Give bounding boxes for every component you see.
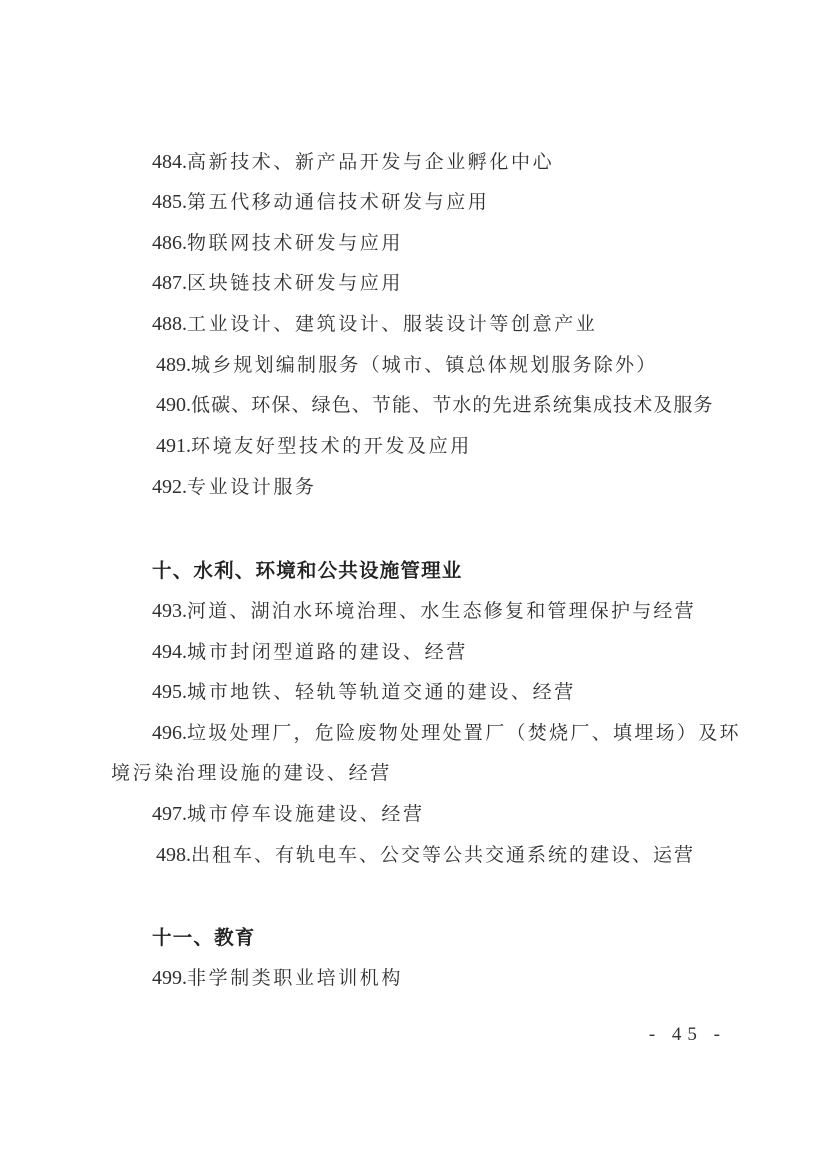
list-item-494: 494.城市封闭型道路的建设、经营 (152, 640, 468, 664)
item-number: 492. (152, 476, 187, 498)
item-text: 区块链技术研发与应用 (187, 272, 403, 294)
item-number: 489. (156, 354, 191, 376)
list-item-496-continuation: 境污染治理设施的建设、经营 (111, 761, 392, 785)
item-text: 环境友好型技术的开发及应用 (191, 435, 472, 457)
item-number: 495. (152, 681, 187, 703)
list-item-496: 496.垃圾处理厂，危险废物处理处置厂（焚烧厂、填埋场）及环 (152, 721, 741, 745)
item-text: 城市封闭型道路的建设、经营 (187, 641, 468, 663)
item-text: 出租车、有轨电车、公交等公共交通系统的建设、运营 (191, 844, 695, 866)
item-number: 499. (152, 967, 187, 989)
item-number: 494. (152, 641, 187, 663)
section-heading-10: 十、水利、环境和公共设施管理业 (152, 559, 463, 583)
item-number: 498. (156, 844, 191, 866)
list-item-485: 485.第五代移动通信技术研发与应用 (152, 190, 489, 214)
item-text: 河道、湖泊水环境治理、水生态修复和管理保护与经营 (187, 600, 696, 622)
list-item-489: 489.城乡规划编制服务（城市、镇总体规划服务除外） (156, 353, 657, 377)
item-number: 497. (152, 803, 187, 825)
item-number: 490. (156, 394, 191, 416)
item-text: 第五代移动通信技术研发与应用 (187, 191, 489, 213)
item-text: 非学制类职业培训机构 (187, 967, 403, 989)
item-text: 城市地铁、轻轨等轨道交通的建设、经营 (187, 681, 576, 703)
list-item-498: 498.出租车、有轨电车、公交等公共交通系统的建设、运营 (156, 843, 695, 867)
section-heading-11: 十一、教育 (152, 926, 256, 950)
item-text: 工业设计、建筑设计、服装设计等创意产业 (187, 313, 597, 335)
item-text: 专业设计服务 (187, 476, 317, 498)
item-number: 488. (152, 313, 187, 335)
item-number: 487. (152, 272, 187, 294)
list-item-497: 497.城市停车设施建设、经营 (152, 802, 425, 826)
list-item-491: 491.环境友好型技术的开发及应用 (156, 434, 472, 458)
item-number: 486. (152, 232, 187, 254)
list-item-499: 499.非学制类职业培训机构 (152, 966, 403, 990)
list-item-488: 488.工业设计、建筑设计、服装设计等创意产业 (152, 312, 597, 336)
item-number: 484. (152, 151, 187, 173)
item-number: 496. (152, 722, 187, 744)
list-item-487: 487.区块链技术研发与应用 (152, 271, 403, 295)
list-item-492: 492.专业设计服务 (152, 475, 317, 499)
item-number: 485. (152, 191, 187, 213)
item-text: 垃圾处理厂，危险废物处理处置厂（焚烧厂、填埋场）及环 (187, 722, 741, 744)
list-item-493: 493.河道、湖泊水环境治理、水生态修复和管理保护与经营 (152, 599, 696, 623)
item-text: 城乡规划编制服务（城市、镇总体规划服务除外） (191, 354, 657, 376)
item-text: 高新技术、新产品开发与企业孵化中心 (187, 151, 554, 173)
list-item-495: 495.城市地铁、轻轨等轨道交通的建设、经营 (152, 680, 576, 704)
page-number: - 45 - (649, 1024, 726, 1046)
item-number: 491. (156, 435, 191, 457)
list-item-490: 490.低碳、环保、绿色、节能、节水的先进系统集成技术及服务 (156, 393, 714, 417)
list-item-484: 484.高新技术、新产品开发与企业孵化中心 (152, 150, 554, 174)
item-text: 城市停车设施建设、经营 (187, 803, 425, 825)
list-item-486: 486.物联网技术研发与应用 (152, 231, 403, 255)
item-text: 低碳、环保、绿色、节能、节水的先进系统集成技术及服务 (191, 394, 714, 416)
item-number: 493. (152, 600, 187, 622)
item-text: 物联网技术研发与应用 (187, 232, 403, 254)
